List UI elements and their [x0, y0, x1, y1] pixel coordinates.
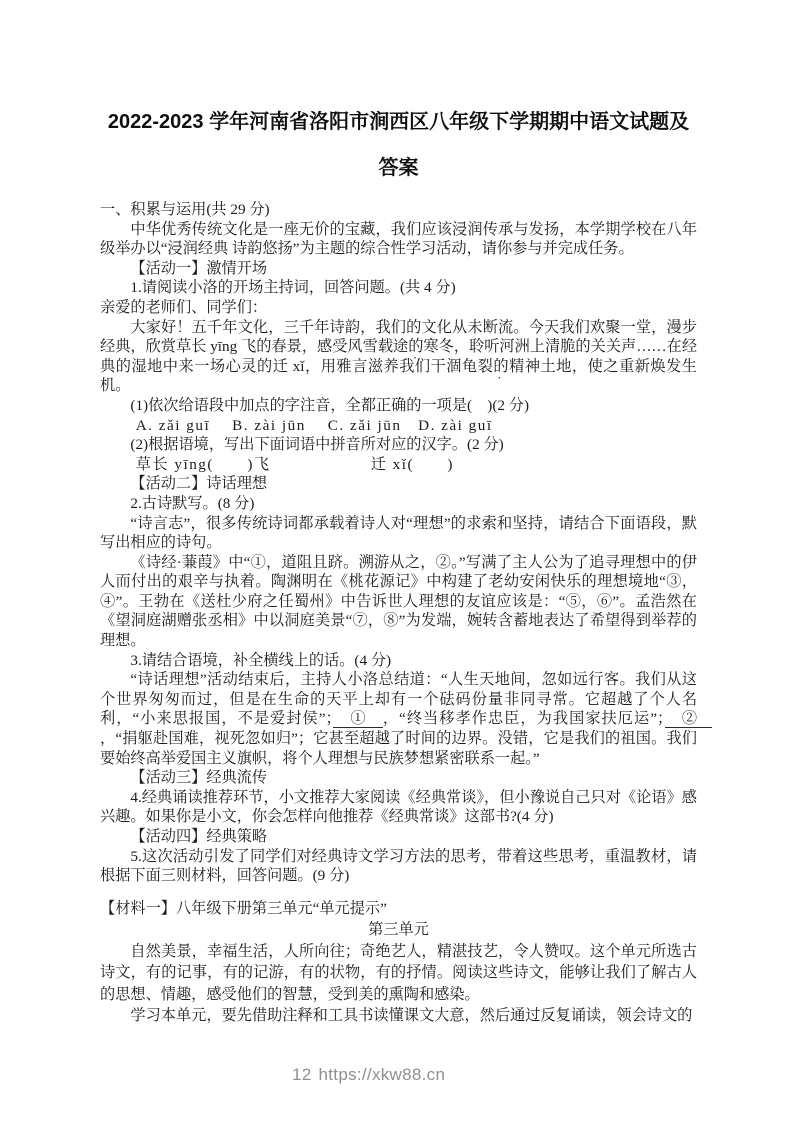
- paragraph: 自然美景，幸福生活，人所向往；奇绝艺人，精湛技艺，令人赞叹。这个单元所选古诗文，…: [100, 941, 697, 1006]
- document-title: 2022-2023 学年河南省洛阳市涧西区八年级下学期期中语文试题及答案: [100, 99, 697, 191]
- paragraph: 《诗经·蒹葭》中“①，道阻且跻。溯游从之，②。”写满了主人公为了追寻理想中的伊人…: [100, 553, 697, 651]
- dotted-char: 龟: [462, 358, 478, 375]
- text-run: 自然美景，幸福生活，人所向往；奇绝艺人，精湛技艺，令人赞叹。这个单元所选古诗文，…: [100, 943, 697, 1003]
- text-run: 2.古诗默写。(8 分): [130, 495, 254, 512]
- text-run: 【活动四】经典策略: [130, 828, 267, 845]
- paragraph: 草长 yīng( )飞 迁 xǐ( ): [100, 455, 697, 475]
- text-run: 5.这次活动引发了同学们对经典诗文学习方法的思考，带着这些思考，重温教材，请根据…: [100, 848, 697, 885]
- paragraph: 中华优秀传统文化是一座无价的宝藏，我们应该浸润传承与发扬，本学期学校在八年级举办…: [100, 220, 697, 259]
- text-run: (1)依次给语段中加点的字注音，全都正确的一项是( )(2 分): [130, 397, 529, 414]
- page-footer: 12https://xkw88.cn: [292, 1064, 445, 1086]
- paragraph: 【活动三】经典流传: [100, 768, 697, 788]
- text-run: A. zǎi guī B. zài jūn C. zǎi jūn D. zài …: [136, 417, 493, 434]
- paragraph: 5.这次活动引发了同学们对经典诗文学习方法的思考，带着这些思考，重温教材，请根据…: [100, 847, 697, 886]
- paragraph: “诗话理想”活动结束后，主持人小洛总结道：“人生天地间，忽如远行客。我们从这个世…: [100, 670, 697, 768]
- paragraph: 【活动二】诗话理想: [100, 474, 697, 494]
- page-number: 12: [292, 1065, 312, 1084]
- text-run: 【活动一】激情开场: [130, 260, 267, 277]
- paragraph: 【活动一】激情开场: [100, 259, 697, 279]
- text-run: 草长 yīng( )飞 迁 xǐ( ): [136, 456, 454, 473]
- paragraph: 【活动四】经典策略: [100, 827, 697, 847]
- paragraph: 第三单元: [100, 919, 697, 941]
- document-body: 一、积累与运用(共 29 分)中华优秀传统文化是一座无价的宝藏，我们应该浸润传承…: [100, 200, 697, 1027]
- blank-underline: ①: [333, 710, 383, 728]
- text-run: (2)根据语境，写出下面词语中拼音所对应的汉字。(2 分): [130, 436, 503, 453]
- paragraph: 一、积累与运用(共 29 分): [100, 200, 697, 220]
- paragraph: 学习本单元，要先借助注释和工具书读懂课文大意，然后通过反复诵读，领会诗文的: [100, 1005, 697, 1027]
- paragraph: 3.请结合语境，补全横线上的话。(4 分): [100, 651, 697, 671]
- paragraph: 4.经典诵读推荐环节，小文推荐大家阅读《经典常谈》，但小豫说自己只对《论语》感兴…: [100, 788, 697, 827]
- blank-underline: ②: [665, 710, 713, 728]
- text-run: 【活动二】诗话理想: [130, 475, 267, 492]
- document-page: 2022-2023 学年河南省洛阳市涧西区八年级下学期期中语文试题及答案 一、积…: [0, 0, 793, 1121]
- text-run: 【材料一】八年级下册第三单元“单元提示”: [100, 900, 387, 917]
- paragraph: 2.古诗默写。(8 分): [100, 494, 697, 514]
- paragraph: A. zǎi guī B. zài jūn C. zǎi jūn D. zài …: [100, 416, 697, 436]
- paragraph: 1.请阅读小洛的开场主持词，回答问题。(共 4 分): [100, 278, 697, 298]
- dotted-char: 载: [378, 338, 393, 355]
- text-run: 亲爱的老师们、同学们：: [100, 299, 267, 316]
- text-run: 一、积累与运用(共 29 分): [100, 201, 270, 218]
- document-content: 2022-2023 学年河南省洛阳市涧西区八年级下学期期中语文试题及答案 一、积…: [100, 0, 697, 1027]
- text-run: 《诗经·蒹葭》中“①，道阻且跻。溯游从之，②。”写满了主人公为了追寻理想中的伊人…: [100, 554, 697, 649]
- text-run: 1.请阅读小洛的开场主持词，回答问题。(共 4 分): [130, 279, 455, 296]
- paragraph: 亲爱的老师们、同学们：: [100, 298, 697, 318]
- text-run: “诗言志”，很多传统诗词都承载着诗人对“理想”的求索和坚持，请结合下面语段，默写…: [100, 515, 697, 552]
- paragraph: (1)依次给语段中加点的字注音，全都正确的一项是( )(2 分): [100, 396, 697, 416]
- paragraph: 【材料一】八年级下册第三单元“单元提示”: [100, 898, 697, 920]
- text-run: 4.经典诵读推荐环节，小文推荐大家阅读《经典常谈》，但小豫说自己只对《论语》感兴…: [100, 789, 697, 826]
- text-run: 中华优秀传统文化是一座无价的宝藏，我们应该浸润传承与发扬，本学期学校在八年级举办…: [100, 221, 697, 258]
- paragraph: 大家好！五千年文化，三千年诗韵，我们的文化从未断流。今天我们欢聚一堂，漫步经典，…: [100, 318, 697, 396]
- text-run: 【活动三】经典流传: [130, 769, 267, 786]
- text-run: 学习本单元，要先借助注释和工具书读懂课文大意，然后通过反复诵读，领会诗文的: [130, 1007, 692, 1024]
- text-run: 第三单元: [368, 921, 429, 938]
- paragraph: “诗言志”，很多传统诗词都承载着诗人对“理想”的求索和坚持，请结合下面语段，默写…: [100, 514, 697, 553]
- text-run: ，“终当移孝作忠臣，为我国家扶厄运”；: [383, 710, 665, 727]
- text-run: 3.请结合语境，补全横线上的话。(4 分): [130, 652, 391, 669]
- paragraph: (2)根据语境，写出下面词语中拼音所对应的汉字。(2 分): [100, 435, 697, 455]
- footer-site-url: https://xkw88.cn: [319, 1065, 446, 1084]
- text-run: ，“捐躯赴国难，视死忽如归”；它甚至超越了时间的边界。没错，它是我们的祖国。我们…: [100, 730, 697, 767]
